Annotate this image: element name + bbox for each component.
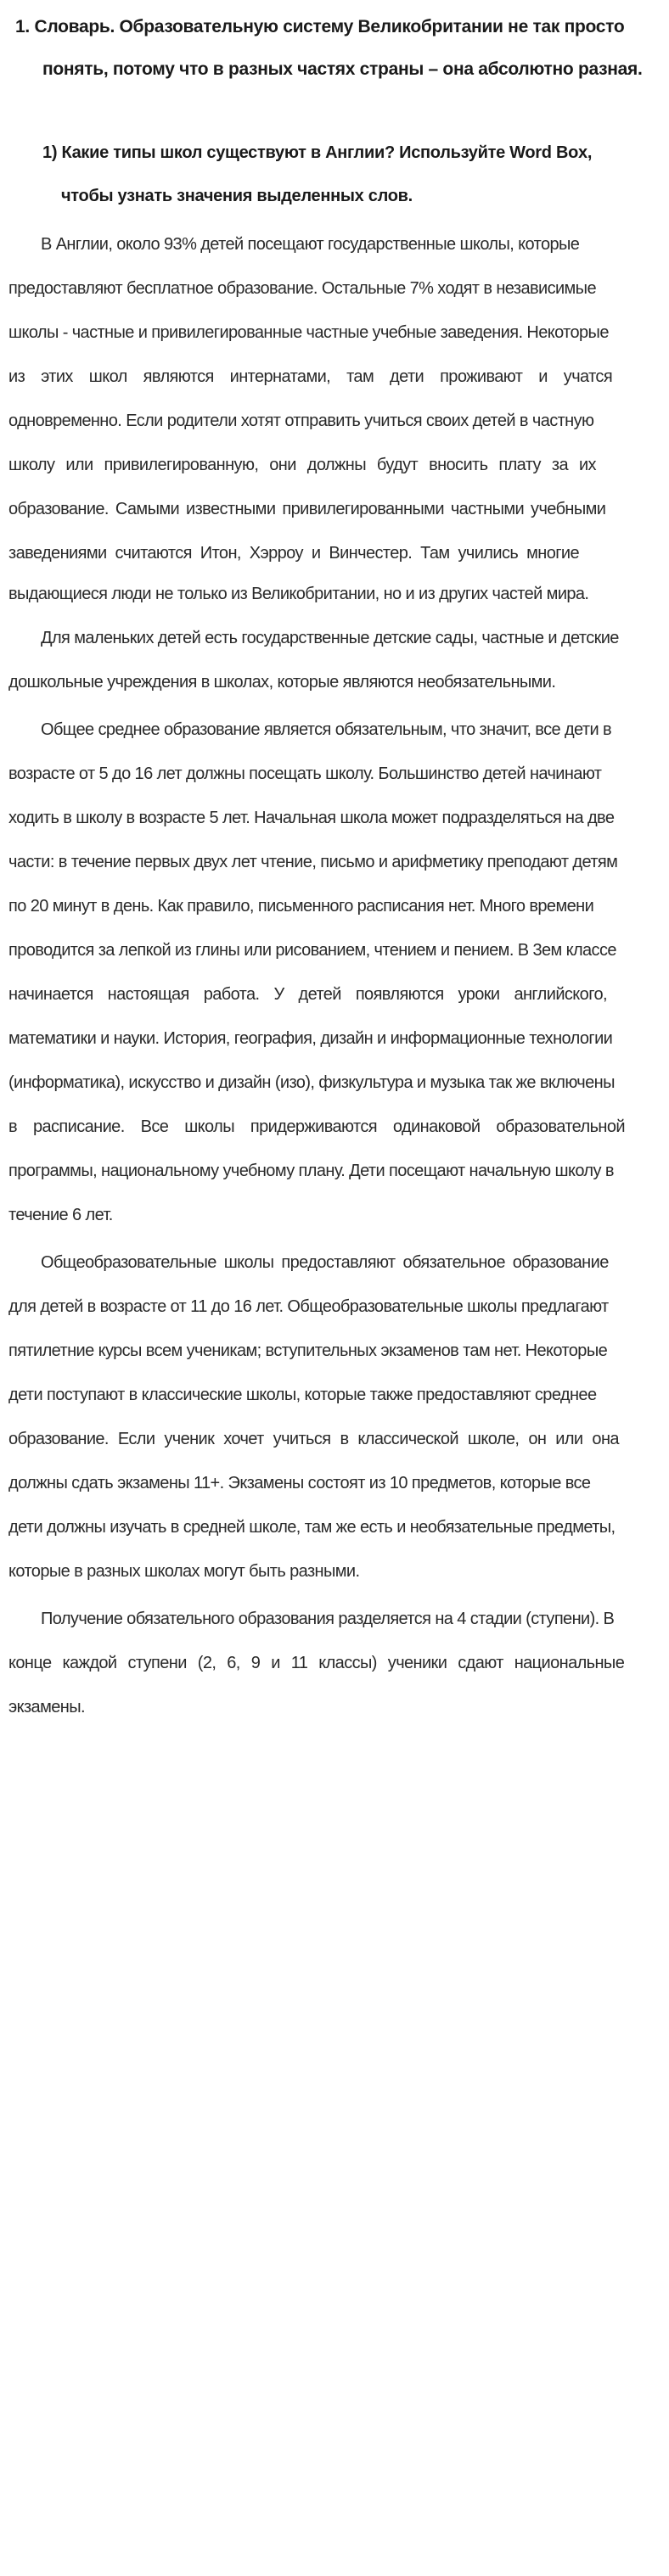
p3-line-10: в расписание. Все школы придерживаются о… xyxy=(8,1117,625,1137)
p4-line-5: образование. Если ученик хочет учиться в… xyxy=(8,1430,619,1449)
p1-line-7: образование. Самыми известными привилеги… xyxy=(8,500,605,519)
p3-line-8: математики и науки. История, география, … xyxy=(8,1029,612,1049)
p2-line-1: Для маленьких детей есть государственные… xyxy=(41,629,619,648)
p4-line-2: для детей в возрасте от 11 до 16 лет. Об… xyxy=(8,1297,609,1317)
p4-line-1: Общеобразовательные школы предоставляют … xyxy=(41,1253,609,1273)
p1-line-2: предоставляют бесплатное образование. Ос… xyxy=(8,279,596,299)
p3-line-11: программы, национальному учебному плану.… xyxy=(8,1162,614,1181)
p3-line-6: проводится за лепкой из глины или рисова… xyxy=(8,941,616,960)
p3-line-1: Общее среднее образование является обяза… xyxy=(41,720,611,740)
task1-heading-line-2: чтобы узнать значения выделенных слов. xyxy=(61,187,413,206)
p1-line-9: выдающиеся люди не только из Великобрита… xyxy=(8,585,588,604)
p5-line-2: конце каждой ступени (2, 6, 9 и 11 класс… xyxy=(8,1654,624,1673)
p5-line-3: экзамены. xyxy=(8,1698,85,1717)
p5-line-1: Получение обязательного образования разд… xyxy=(41,1610,614,1629)
p3-line-3: ходить в школу в возрасте 5 лет. Начальн… xyxy=(8,809,614,828)
p1-line-4: из этих школ являются интернатами, там д… xyxy=(8,367,612,387)
task1-heading-line-1: 1) Какие типы школ существуют в Англии? … xyxy=(42,143,654,163)
p1-line-8: заведениями считаются Итон, Хэрроу и Вин… xyxy=(8,544,579,563)
p2-line-2: дошкольные учреждения в школах, которые … xyxy=(8,673,555,692)
p3-line-9: (информатика), искусство и дизайн (изо),… xyxy=(8,1073,615,1093)
p4-line-6: должны сдать экзамены 11+. Экзамены сост… xyxy=(8,1474,590,1493)
p1-line-5: одновременно. Если родители хотят отправ… xyxy=(8,412,593,431)
p4-line-3: пятилетние курсы всем ученикам; вступите… xyxy=(8,1341,607,1361)
p3-line-2: возрасте от 5 до 16 лет должны посещать … xyxy=(8,764,601,784)
document-page: 1. Словарь. Образовательную систему Вели… xyxy=(0,0,669,2576)
p3-line-5: по 20 минут в день. Как правило, письмен… xyxy=(8,897,593,916)
p4-line-4: дети поступают в классические школы, кот… xyxy=(8,1386,596,1405)
p3-line-4: части: в течение первых двух лет чтение,… xyxy=(8,853,617,872)
title-line-1: 1. Словарь. Образовательную систему Вели… xyxy=(15,17,654,37)
p1-line-3: школы - частные и привилегированные част… xyxy=(8,323,609,343)
p4-line-8: которые в разных школах могут быть разны… xyxy=(8,1562,359,1582)
p3-line-12: течение 6 лет. xyxy=(8,1206,113,1225)
p3-line-7: начинается настоящая работа. У детей поя… xyxy=(8,985,607,1005)
title-line-2: понять, потому что в разных частях стран… xyxy=(42,59,643,80)
p4-line-7: дети должны изучать в средней школе, там… xyxy=(8,1518,616,1537)
p1-line-6: школу или привилегированную, они должны … xyxy=(8,456,596,475)
p1-line-1: В Англии, около 93% детей посещают госуд… xyxy=(41,235,579,255)
